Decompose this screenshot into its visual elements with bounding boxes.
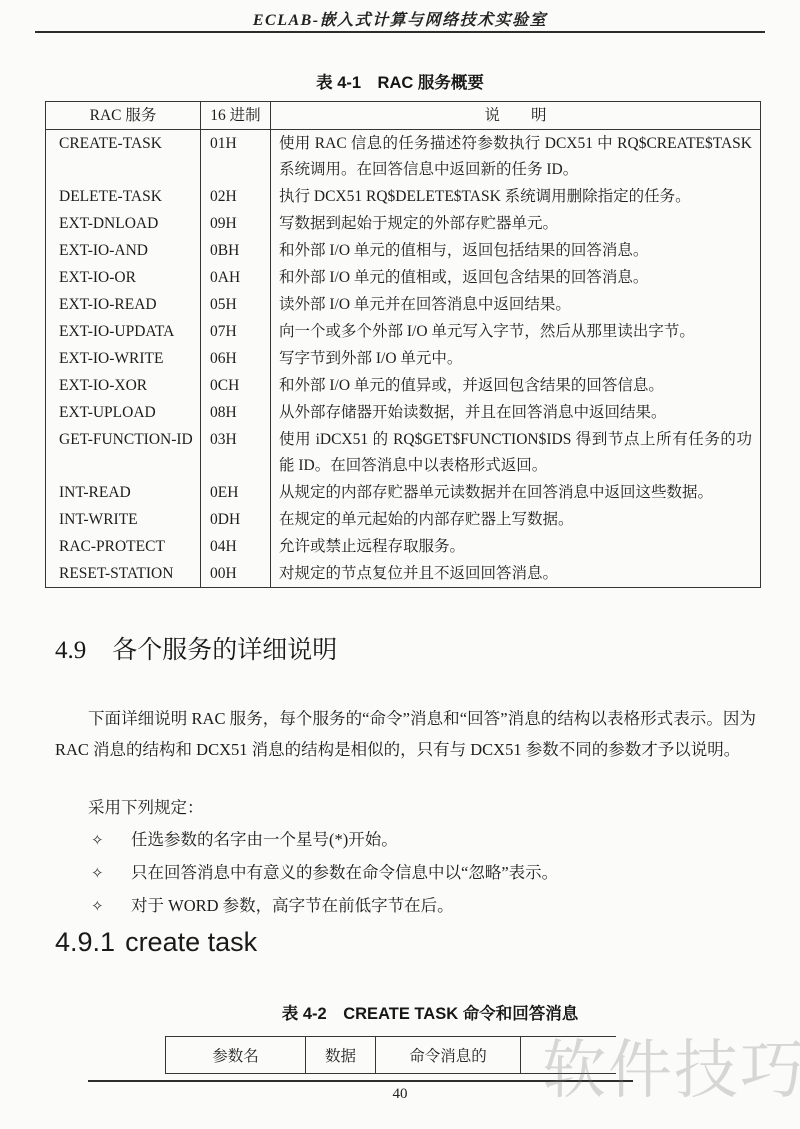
description-cell: 在规定的单元起始的内部存贮器上写数据。 bbox=[271, 506, 761, 533]
service-name-cell: EXT-UPLOAD bbox=[46, 399, 201, 426]
hex-code-cell: 01H bbox=[201, 130, 271, 184]
description-cell: 允许或禁止远程存取服务。 bbox=[271, 533, 761, 560]
column-header-hex: 16 进制 bbox=[201, 102, 271, 130]
body-paragraph: 下面详细说明 RAC 服务，每个服务的“命令”消息和“回答”消息的结构以表格形式… bbox=[55, 703, 756, 765]
table-row: EXT-IO-READ 05H 读外部 I/O 单元并在回答消息中返回结果。 bbox=[46, 291, 761, 318]
rules-list: 采用下列规定： ✧任选参数的名字由一个星号(*)开始。 ✧只在回答消息中有意义的… bbox=[55, 792, 755, 923]
description-cell: 读外部 I/O 单元并在回答消息中返回结果。 bbox=[271, 291, 761, 318]
service-name-cell: EXT-IO-WRITE bbox=[46, 345, 201, 372]
column-header-service: RAC 服务 bbox=[46, 102, 201, 130]
service-name-cell: EXT-DNLOAD bbox=[46, 210, 201, 237]
table-row: RAC-PROTECT 04H 允许或禁止远程存取服务。 bbox=[46, 533, 761, 560]
description-cell: 和外部 I/O 单元的值异或，并返回包含结果的回答信息。 bbox=[271, 372, 761, 399]
hex-code-cell: 0BH bbox=[201, 237, 271, 264]
hex-code-cell: 02H bbox=[201, 183, 271, 210]
section-heading-4-9: 4.9各个服务的详细说明 bbox=[55, 630, 337, 666]
description-cell: 执行 DCX51 RQ$DELETE$TASK 系统调用删除指定的任务。 bbox=[271, 183, 761, 210]
hex-code-cell: 07H bbox=[201, 318, 271, 345]
table-row: EXT-IO-XOR 0CH 和外部 I/O 单元的值异或，并返回包含结果的回答… bbox=[46, 372, 761, 399]
list-item: ✧对于 WORD 参数，高字节在前低字节在后。 bbox=[55, 890, 755, 923]
table1-header-row: RAC 服务 16 进制 说 明 bbox=[46, 102, 761, 130]
hex-code-cell: 09H bbox=[201, 210, 271, 237]
table-row: EXT-DNLOAD 09H 写数据到起始于规定的外部存贮器单元。 bbox=[46, 210, 761, 237]
description-cell: 使用 iDCX51 的 RQ$GET$FUNCTION$IDS 得到节点上所有任… bbox=[271, 426, 761, 479]
service-name-cell: EXT-IO-XOR bbox=[46, 372, 201, 399]
rules-intro: 采用下列规定： bbox=[55, 792, 755, 824]
table-row: EXT-IO-OR 0AH 和外部 I/O 单元的值相或，返回包含结果的回答消息… bbox=[46, 264, 761, 291]
section-title: 各个服务的详细说明 bbox=[112, 637, 337, 664]
service-name-cell: EXT-IO-READ bbox=[46, 291, 201, 318]
service-name-cell: EXT-IO-UPDATA bbox=[46, 318, 201, 345]
service-name-cell: EXT-IO-AND bbox=[46, 237, 201, 264]
column-header-data: 数据 bbox=[306, 1037, 376, 1073]
list-item-text: 只在回答消息中有意义的参数在命令信息中以“忽略”表示。 bbox=[131, 863, 558, 882]
service-name-cell: EXT-IO-OR bbox=[46, 264, 201, 291]
service-name-cell: INT-READ bbox=[46, 479, 201, 506]
header-rule bbox=[35, 31, 765, 33]
column-header-param-name: 参数名 bbox=[166, 1037, 306, 1073]
subsection-heading-4-9-1: 4.9.1create task bbox=[55, 927, 257, 958]
description-cell: 向一个或多个外部 I/O 单元写入字节，然后从那里读出字节。 bbox=[271, 318, 761, 345]
table-row: EXT-IO-AND 0BH 和外部 I/O 单元的值相与，返回包括结果的回答消… bbox=[46, 237, 761, 264]
hex-code-cell: 08H bbox=[201, 399, 271, 426]
hex-code-cell: 0AH bbox=[201, 264, 271, 291]
description-cell: 使用 RAC 信息的任务描述符参数执行 DCX51 中 RQ$CREATE$TA… bbox=[271, 130, 761, 184]
subsection-title: create task bbox=[125, 927, 257, 957]
hex-code-cell: 0EH bbox=[201, 479, 271, 506]
table-row: CREATE-TASK 01H 使用 RAC 信息的任务描述符参数执行 DCX5… bbox=[46, 130, 761, 184]
table-row: INT-READ 0EH 从规定的内部存贮器单元读数据并在回答消息中返回这些数据… bbox=[46, 479, 761, 506]
hex-code-cell: 03H bbox=[201, 426, 271, 479]
table-row: DELETE-TASK 02H 执行 DCX51 RQ$DELETE$TASK … bbox=[46, 183, 761, 210]
rac-services-table: RAC 服务 16 进制 说 明 CREATE-TASK 01H 使用 RAC … bbox=[45, 101, 761, 588]
description-cell: 从规定的内部存贮器单元读数据并在回答消息中返回这些数据。 bbox=[271, 479, 761, 506]
service-name-cell: DELETE-TASK bbox=[46, 183, 201, 210]
hex-code-cell: 05H bbox=[201, 291, 271, 318]
hex-code-cell: 00H bbox=[201, 560, 271, 588]
subsection-number: 4.9.1 bbox=[55, 927, 115, 957]
description-cell: 和外部 I/O 单元的值相与，返回包括结果的回答消息。 bbox=[271, 237, 761, 264]
service-name-cell: RESET-STATION bbox=[46, 560, 201, 588]
document-page: ECLAB-嵌入式计算与网络技术实验室 表 4-1 RAC 服务概要 RAC 服… bbox=[0, 0, 800, 1129]
table-row: EXT-IO-WRITE 06H 写字节到外部 I/O 单元中。 bbox=[46, 345, 761, 372]
table-row: INT-WRITE 0DH 在规定的单元起始的内部存贮器上写数据。 bbox=[46, 506, 761, 533]
table-row: EXT-UPLOAD 08H 从外部存储器开始读数据，并且在回答消息中返回结果。 bbox=[46, 399, 761, 426]
column-header-description: 说 明 bbox=[271, 102, 761, 130]
description-cell: 写字节到外部 I/O 单元中。 bbox=[271, 345, 761, 372]
hex-code-cell: 04H bbox=[201, 533, 271, 560]
service-name-cell: CREATE-TASK bbox=[46, 130, 201, 184]
four-pointed-star-icon: ✧ bbox=[91, 858, 131, 890]
description-cell: 和外部 I/O 单元的值相或，返回包含结果的回答消息。 bbox=[271, 264, 761, 291]
four-pointed-star-icon: ✧ bbox=[91, 891, 131, 923]
list-item: ✧任选参数的名字由一个星号(*)开始。 bbox=[55, 824, 755, 857]
description-cell: 写数据到起始于规定的外部存贮器单元。 bbox=[271, 210, 761, 237]
hex-code-cell: 06H bbox=[201, 345, 271, 372]
four-pointed-star-icon: ✧ bbox=[91, 825, 131, 857]
list-item: ✧只在回答消息中有意义的参数在命令信息中以“忽略”表示。 bbox=[55, 857, 755, 890]
column-header-command-message: 命令消息的 bbox=[376, 1037, 521, 1073]
service-name-cell: GET-FUNCTION-ID bbox=[46, 426, 201, 479]
table1-caption: 表 4-1 RAC 服务概要 bbox=[0, 69, 800, 93]
section-number: 4.9 bbox=[55, 637, 86, 664]
list-item-text: 对于 WORD 参数，高字节在前低字节在后。 bbox=[131, 896, 454, 915]
watermark: 软件技巧 bbox=[542, 1019, 800, 1111]
service-name-cell: RAC-PROTECT bbox=[46, 533, 201, 560]
hex-code-cell: 0DH bbox=[201, 506, 271, 533]
list-item-text: 任选参数的名字由一个星号(*)开始。 bbox=[131, 830, 398, 849]
service-name-cell: INT-WRITE bbox=[46, 506, 201, 533]
table-row: EXT-IO-UPDATA 07H 向一个或多个外部 I/O 单元写入字节，然后… bbox=[46, 318, 761, 345]
description-cell: 对规定的节点复位并且不返回回答消息。 bbox=[271, 560, 761, 588]
hex-code-cell: 0CH bbox=[201, 372, 271, 399]
table-row: GET-FUNCTION-ID 03H 使用 iDCX51 的 RQ$GET$F… bbox=[46, 426, 761, 479]
table-row: RESET-STATION 00H 对规定的节点复位并且不返回回答消息。 bbox=[46, 560, 761, 588]
header-lab-title: ECLAB-嵌入式计算与网络技术实验室 bbox=[0, 7, 800, 30]
description-cell: 从外部存储器开始读数据，并且在回答消息中返回结果。 bbox=[271, 399, 761, 426]
